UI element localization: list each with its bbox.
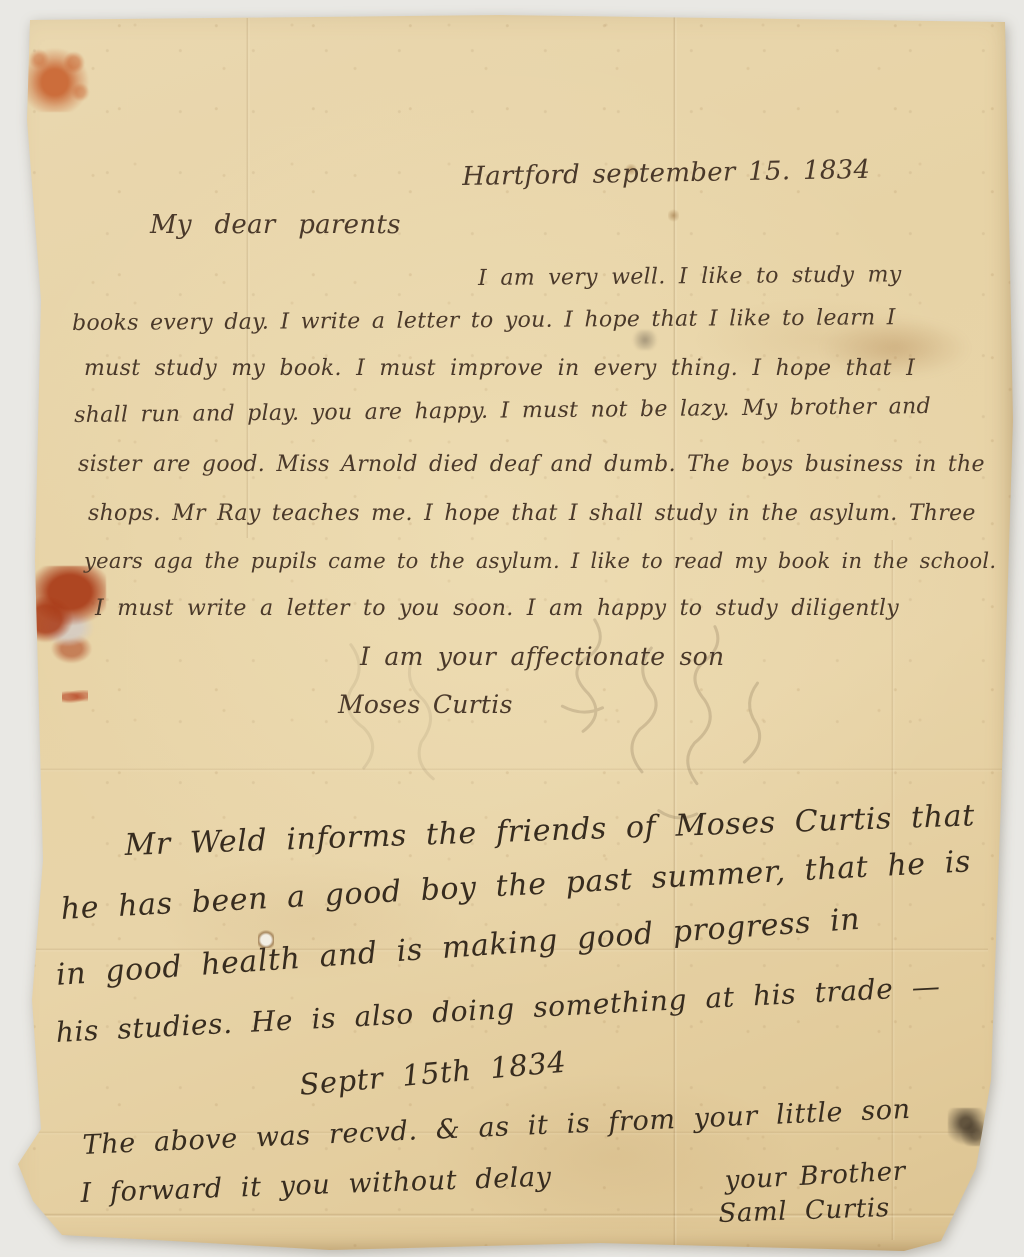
letter-line: sister are good. Miss Arnold died deaf a… xyxy=(78,452,985,477)
scanned-letter-page: Hartford september 15. 1834 My dear pare… xyxy=(0,0,1024,1257)
letter-dateline: Hartford september 15. 1834 xyxy=(462,155,871,192)
letter-line: I must write a letter to you soon. I am … xyxy=(95,596,899,621)
fold-crease-vertical xyxy=(673,16,677,1246)
grey-smudge xyxy=(630,330,660,350)
fold-crease-horizontal xyxy=(28,948,988,952)
fold-crease-horizontal xyxy=(28,768,1008,772)
fold-crease-vertical xyxy=(891,540,895,1240)
fold-crease-horizontal xyxy=(25,1131,975,1135)
letter-line: shall run and play. you are happy. I mus… xyxy=(74,394,931,428)
letter-line: I am very well. I like to study my xyxy=(478,262,902,291)
fold-crease-horizontal xyxy=(25,1213,975,1218)
note-signature: Saml Curtis xyxy=(718,1193,890,1229)
paper-hole xyxy=(258,930,274,948)
ink-bleedthrough-faint xyxy=(320,620,480,840)
letter-salutation: My dear parents xyxy=(150,210,401,240)
letter-signature: Moses Curtis xyxy=(338,690,513,719)
note-postscript-line: I forward it you without delay xyxy=(80,1162,552,1209)
ink-bleedthrough xyxy=(520,600,800,860)
note-closing: your Brother xyxy=(724,1157,907,1196)
brown-spot xyxy=(668,208,679,223)
paper-shadow-wrap: Hartford september 15. 1834 My dear pare… xyxy=(0,0,1024,1257)
letter-line: books every day. I write a letter to you… xyxy=(72,305,896,336)
red-wax-stain xyxy=(20,566,106,684)
note-line: Mr Weld informs the friends of Moses Cur… xyxy=(124,798,975,863)
note-line: in good health and is making good progre… xyxy=(55,902,861,993)
letter-line: must study my book. I must improve in ev… xyxy=(84,356,915,381)
brown-smudge xyxy=(820,318,970,378)
note-postscript-line: The above was recvd. & as it is from you… xyxy=(82,1094,911,1161)
orange-speckle-stain xyxy=(26,46,90,112)
note-dateline: Septr 15th 1834 xyxy=(298,1045,568,1102)
note-line: his studies. He is also doing something … xyxy=(55,970,941,1049)
letter-line: shops. Mr Ray teaches me. I hope that I … xyxy=(88,501,976,526)
brown-spot xyxy=(624,164,638,175)
letter-line: years aga the pupils came to the asylum.… xyxy=(84,549,996,573)
fold-crease-vertical xyxy=(246,18,250,538)
letter-closing: I am your affectionate son xyxy=(360,642,724,671)
red-drip-speck xyxy=(62,690,88,704)
letter-paper: Hartford september 15. 1834 My dear pare… xyxy=(0,0,1024,1257)
note-line: he has been a good boy the past summer, … xyxy=(60,844,972,927)
ink-smudge xyxy=(948,1108,988,1146)
